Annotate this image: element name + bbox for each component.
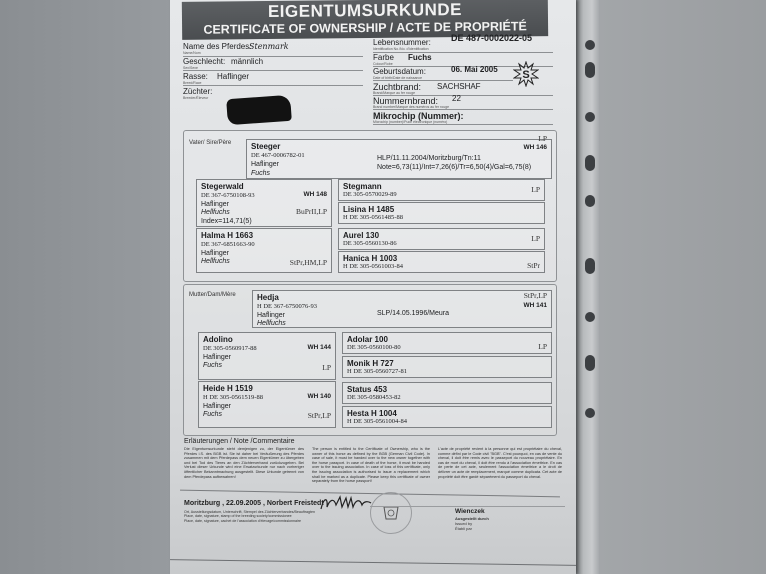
dam-grandsire-height: WH 144 (308, 344, 331, 351)
dam-section-label: Mutter/Dam/Mère (189, 292, 236, 298)
dam-pedigree-section: Mutter/Dam/Mère Hedja H DE 367-6750076-9… (183, 284, 557, 436)
breeder-redaction (226, 95, 292, 125)
dam-ggp-card: Adolar 100 DE 305-0560100-80 LP (342, 332, 552, 354)
birthdate-sublabel: Date of birth/Date de naissance (373, 76, 422, 80)
issuer-name: Wienczek (455, 508, 485, 515)
dam-test-line1: SLP/14.05.1996/Meura (377, 310, 449, 317)
page-fold-line (170, 559, 576, 566)
binder-hole (585, 258, 595, 274)
dam-granddam-performance: StPr,LP (308, 411, 331, 420)
life-number-sublabel: Identification No./No. d'identification (373, 47, 429, 51)
dam-ggp-name: Monik H 727 (347, 359, 394, 368)
signature-line (370, 506, 565, 507)
place-date-sublabels: Ort, Ausstellungsdatum, Unterschrift, St… (184, 510, 315, 523)
sire-granddam-breed: Haflinger (201, 250, 229, 257)
brand-value: SACHSHAF (437, 82, 481, 91)
sire-granddam-performance: StPr,HM,LP (290, 258, 327, 267)
official-stamp (370, 492, 412, 534)
binder-hole (585, 355, 595, 371)
sire-grandsire-card: Stegerwald DE 367-6750108-93 Haflinger H… (196, 179, 332, 227)
breeder-label: Züchter: (183, 87, 212, 96)
dam-card: Hedja H DE 367-6750076-93 Haflinger Hell… (252, 290, 552, 328)
sire-color: Fuchs (251, 170, 270, 177)
breed-field: Rasse: Breed/Race Haflinger (183, 72, 363, 86)
sire-height: WH 146 (524, 144, 547, 151)
number-brand-value: 22 (452, 94, 461, 103)
binder-hole (585, 62, 595, 78)
place-date-signer: Moritzburg , 22.09.2005 , Norbert Freist… (184, 500, 324, 507)
sachsen-sun-brand-icon: S (513, 61, 539, 87)
sire-ggp-name: Lisina H 1485 (343, 205, 394, 214)
brand-sublabel: Brand/Marque au fer rouge (373, 91, 415, 95)
breed-label: Rasse: (183, 72, 208, 81)
sire-grandsire-color: Hellfuchs (201, 209, 230, 216)
dam-ggp-name: Status 453 (347, 385, 387, 394)
sire-granddam-card: Halma H 1663 DE 367-6851663-90 Haflinger… (196, 228, 332, 273)
dam-granddam-name: Heide H 1519 (203, 384, 253, 393)
dam-granddam-card: Heide H 1519 H DE 305-0561519-88 Hafling… (198, 381, 336, 428)
binder-hole (585, 40, 595, 50)
binder-hole (585, 195, 595, 207)
dam-ggp-id: H DE 305-0560727-81 (347, 368, 407, 375)
sire-ggp-id: DE 305-0570029-89 (343, 191, 397, 198)
dam-granddam-id: H DE 305-0561519-88 (203, 394, 263, 401)
number-brand-field: Nummernbrand: Brand number/Marque des nu… (373, 96, 553, 110)
dam-ggp-card: Monik H 727 H DE 305-0560727-81 (342, 356, 552, 378)
dam-ggp-performance: LP (538, 342, 547, 351)
sex-field: Geschlecht: Sex/Sexe männlich (183, 57, 363, 71)
microchip-sublabel: Microchip (number)/Puce électronique (nu… (373, 120, 447, 124)
color-sublabel: Colour/Robe (373, 62, 393, 66)
signature-scribble (318, 493, 374, 513)
breed-value: Haflinger (217, 72, 249, 81)
sire-pedigree-section: Vater/ Sire/Père Steeger DE 467-0006782-… (183, 130, 557, 282)
life-number-label: Lebensnummer: (373, 38, 431, 47)
dam-grandsire-color: Fuchs (203, 362, 222, 369)
sire-ggp-id: DE 305-0560130-86 (343, 240, 397, 247)
sire-id: DE 467-0006782-01 (251, 152, 305, 159)
sex-label: Geschlecht: (183, 57, 225, 66)
sire-ggp-name: Aurel 130 (343, 231, 379, 240)
svg-text:S: S (522, 69, 529, 81)
sire-ggp-performance: LP (531, 234, 540, 243)
sire-test-line2: Note=6,73(11)/Int=7,26(6)/Tr=6,50(4)/Gal… (377, 164, 531, 171)
sire-ggp-card: Aurel 130 DE 305-0560130-86 LP (338, 228, 545, 250)
dam-ggp-card: Status 453 DE 305-0580453-82 (342, 382, 552, 404)
horse-name-field: Name des Pferdes: Name/Nom Stenmark (183, 42, 363, 57)
life-number-value: DE 487-0002022-05 (451, 33, 532, 43)
sex-value: männlich (231, 57, 263, 66)
sire-performance: LP (538, 134, 547, 143)
dam-grandsire-id: DE 305-0560917-88 (203, 345, 257, 352)
birthdate-field: Geburtsdatum: Date of birth/Date de nais… (373, 67, 513, 81)
dam-name: Hedja (257, 293, 279, 302)
dam-granddam-breed: Haflinger (203, 403, 231, 410)
sex-sublabel: Sex/Sexe (183, 66, 198, 70)
horse-name-label: Name des Pferdes: (183, 42, 251, 51)
birthdate-label: Geburtsdatum: (373, 67, 426, 76)
issuer-labels: Ausgestellt durch Issued by Établi par (455, 516, 489, 531)
sire-breed: Haflinger (251, 161, 279, 168)
dam-grandsire-name: Adolino (203, 335, 233, 344)
sire-granddam-name: Halma H 1663 (201, 231, 253, 240)
sire-granddam-color: Hellfuchs (201, 258, 230, 265)
color-value: Fuchs (408, 53, 432, 62)
binder-hole (585, 312, 595, 322)
notes-english: The person is entitled to the Certificat… (312, 447, 430, 489)
breed-sublabel: Breed/Race (183, 81, 201, 85)
notes-title: Erläuterungen / Note /Commentaire (184, 438, 295, 445)
color-label: Farbe (373, 53, 394, 62)
dam-granddam-height: WH 140 (308, 393, 331, 400)
background-right (598, 0, 766, 574)
sire-ggp-card: Hanica H 1003 H DE 305-0561003-84 StPr (338, 251, 545, 273)
microchip-field: Mikrochip (Nummer): Microchip (number)/P… (373, 111, 553, 125)
dam-ggp-card: Hesta H 1004 H DE 305-0561004-84 (342, 406, 552, 428)
binder-sleeve (575, 0, 599, 574)
sire-ggp-name: Stegmann (343, 182, 382, 191)
dam-color: Hellfuchs (257, 320, 286, 327)
notes-french: L'acte de propriété revient à la personn… (438, 447, 562, 489)
dam-ggp-name: Hesta H 1004 (347, 409, 397, 418)
dam-ggp-name: Adolar 100 (347, 335, 388, 344)
sire-test-line1: HLP/11.11.2004/Moritzburg/Tn:11 (377, 155, 481, 162)
sire-grandsire-breed: Haflinger (201, 201, 229, 208)
sire-ggp-card: Lisina H 1485 H DE 305-0561485-88 (338, 202, 545, 224)
sire-ggp-id: H DE 305-0561003-84 (343, 263, 403, 270)
horse-name-sublabel: Name/Nom (183, 51, 201, 55)
breeder-sublabel: Breeder/Éleveur (183, 96, 208, 100)
dam-id: H DE 367-6750076-93 (257, 303, 317, 310)
dam-ggp-id: DE 305-0580453-82 (347, 394, 401, 401)
notes-german: Die Eigentumsurkunde steht demjenigen zu… (184, 447, 304, 489)
sire-ggp-name: Hanica H 1003 (343, 254, 397, 263)
certificate-page: EIGENTUMSURKUNDE CERTIFICATE OF OWNERSHI… (170, 0, 576, 574)
dam-grandsire-breed: Haflinger (203, 354, 231, 361)
sire-grandsire-index: Index=114,71(5) (201, 218, 252, 225)
sire-granddam-id: DE 367-6851663-90 (201, 241, 255, 248)
binder-hole (585, 112, 595, 122)
life-number-field: Lebensnummer: Identification No./No. d'i… (373, 38, 553, 53)
sire-ggp-card: Stegmann DE 305-0570029-89 LP (338, 179, 545, 201)
dam-granddam-color: Fuchs (203, 411, 222, 418)
horse-name-value: Stenmark (249, 42, 289, 51)
birthdate-value: 06. Mai 2005 (451, 65, 498, 74)
binder-hole (585, 408, 595, 418)
sire-card: Steeger DE 467-0006782-01 Haflinger Fuch… (246, 139, 552, 179)
dam-height: WH 141 (524, 302, 547, 309)
background-left (0, 0, 172, 574)
dam-performance: StPr,LP (524, 291, 547, 300)
sire-ggp-performance: LP (531, 185, 540, 194)
sire-grandsire-id: DE 367-6750108-93 (201, 192, 255, 199)
number-brand-sublabel: Brand number/Marque des numéros au fer r… (373, 105, 449, 109)
sire-name: Steeger (251, 142, 280, 151)
sire-ggp-performance: StPr (527, 261, 540, 270)
dam-grandsire-performance: LP (322, 363, 331, 372)
issuer-label-fr: Établi par (455, 526, 489, 531)
dam-ggp-id: H DE 305-0561004-84 (347, 418, 407, 425)
dam-ggp-id: DE 305-0560100-80 (347, 344, 401, 351)
binder-hole (585, 155, 595, 171)
sire-grandsire-height: WH 148 (304, 191, 327, 198)
sire-grandsire-name: Stegerwald (201, 182, 244, 191)
stamp-emblem-icon (371, 493, 411, 533)
sire-grandsire-performance: BuPrII,LP (296, 207, 327, 216)
sire-ggp-id: H DE 305-0561485-88 (343, 214, 403, 221)
sire-section-label: Vater/ Sire/Père (189, 140, 231, 146)
place-sublabel-fr: Place, date, signature, cachet de l'asso… (184, 519, 315, 523)
dam-breed: Haflinger (257, 312, 285, 319)
dam-grandsire-card: Adolino DE 305-0560917-88 Haflinger Fuch… (198, 332, 336, 380)
